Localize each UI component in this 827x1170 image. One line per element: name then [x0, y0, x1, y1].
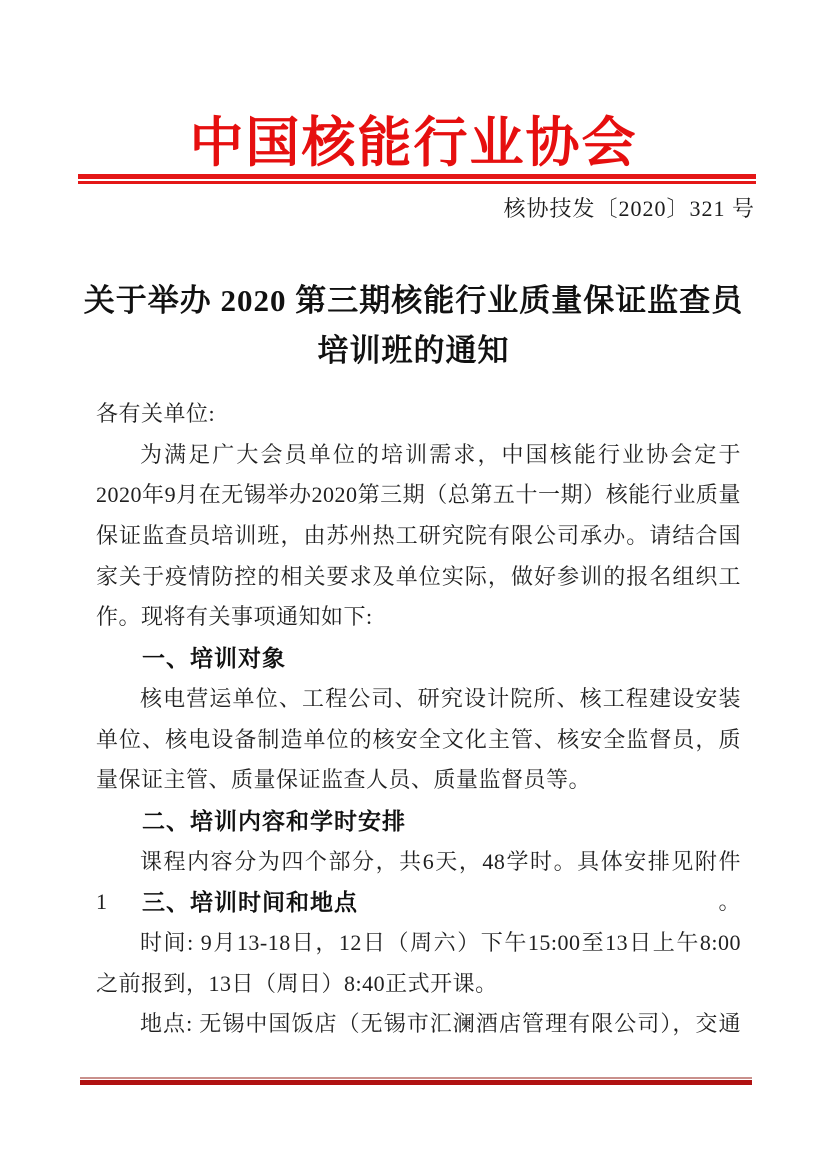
rule-thick-line: [80, 1080, 752, 1085]
section-heading: 一、培训对象: [96, 638, 741, 679]
rule-thin-line: [78, 181, 756, 184]
letterhead-org-name: 中国核能行业协会: [0, 100, 827, 177]
body-line: 为满足广大会员单位的培训需求，中国核能行业协会定于: [96, 435, 741, 476]
body-line: 作。现将有关事项通知如下:: [96, 597, 741, 638]
body-line: 核电营运单位、工程公司、研究设计院所、核工程建设安装: [96, 679, 741, 720]
body-line: 保证监查员培训班，由苏州热工研究院有限公司承办。请结合国: [96, 516, 741, 557]
body-line: 课程内容分为四个部分，共6天，48学时。具体安排见附件1。: [96, 842, 741, 883]
notice-title-line2: 培训班的通知: [60, 326, 767, 376]
body-line: 单位、核电设备制造单位的核安全文化主管、核安全监督员，质: [96, 720, 741, 761]
body-line: 各有关单位:: [96, 394, 741, 435]
notice-title-line1: 关于举办 2020 第三期核能行业质量保证监查员: [60, 276, 767, 326]
body-line: 时间: 9月13-18日，12日（周六）下午15:00至13日上午8:00: [96, 923, 741, 964]
body-line: 地点: 无锡中国饭店（无锡市汇澜酒店管理有限公司），交通: [96, 1004, 741, 1045]
body-line: 之前报到，13日（周日）8:40正式开课。: [96, 964, 741, 1005]
footer-double-rule: [80, 1077, 752, 1085]
body-line: 2020年9月在无锡举办2020第三期（总第五十一期）核能行业质量: [96, 475, 741, 516]
body-lines: 各有关单位:为满足广大会员单位的培训需求，中国核能行业协会定于2020年9月在无…: [96, 394, 741, 1045]
body-line: 量保证主管、质量保证监查人员、质量监督员等。: [96, 760, 741, 801]
document-page: 中国核能行业协会 核协技发〔2020〕321 号 关于举办 2020 第三期核能…: [0, 0, 827, 1170]
body-line: 家关于疫情防控的相关要求及单位实际，做好参训的报名组织工: [96, 557, 741, 598]
notice-title: 关于举办 2020 第三期核能行业质量保证监查员 培训班的通知: [60, 276, 767, 376]
section-heading: 二、培训内容和学时安排: [96, 801, 741, 842]
doc-reference-number: 核协技发〔2020〕321 号: [503, 192, 755, 223]
letterhead-double-rule: [78, 174, 756, 184]
